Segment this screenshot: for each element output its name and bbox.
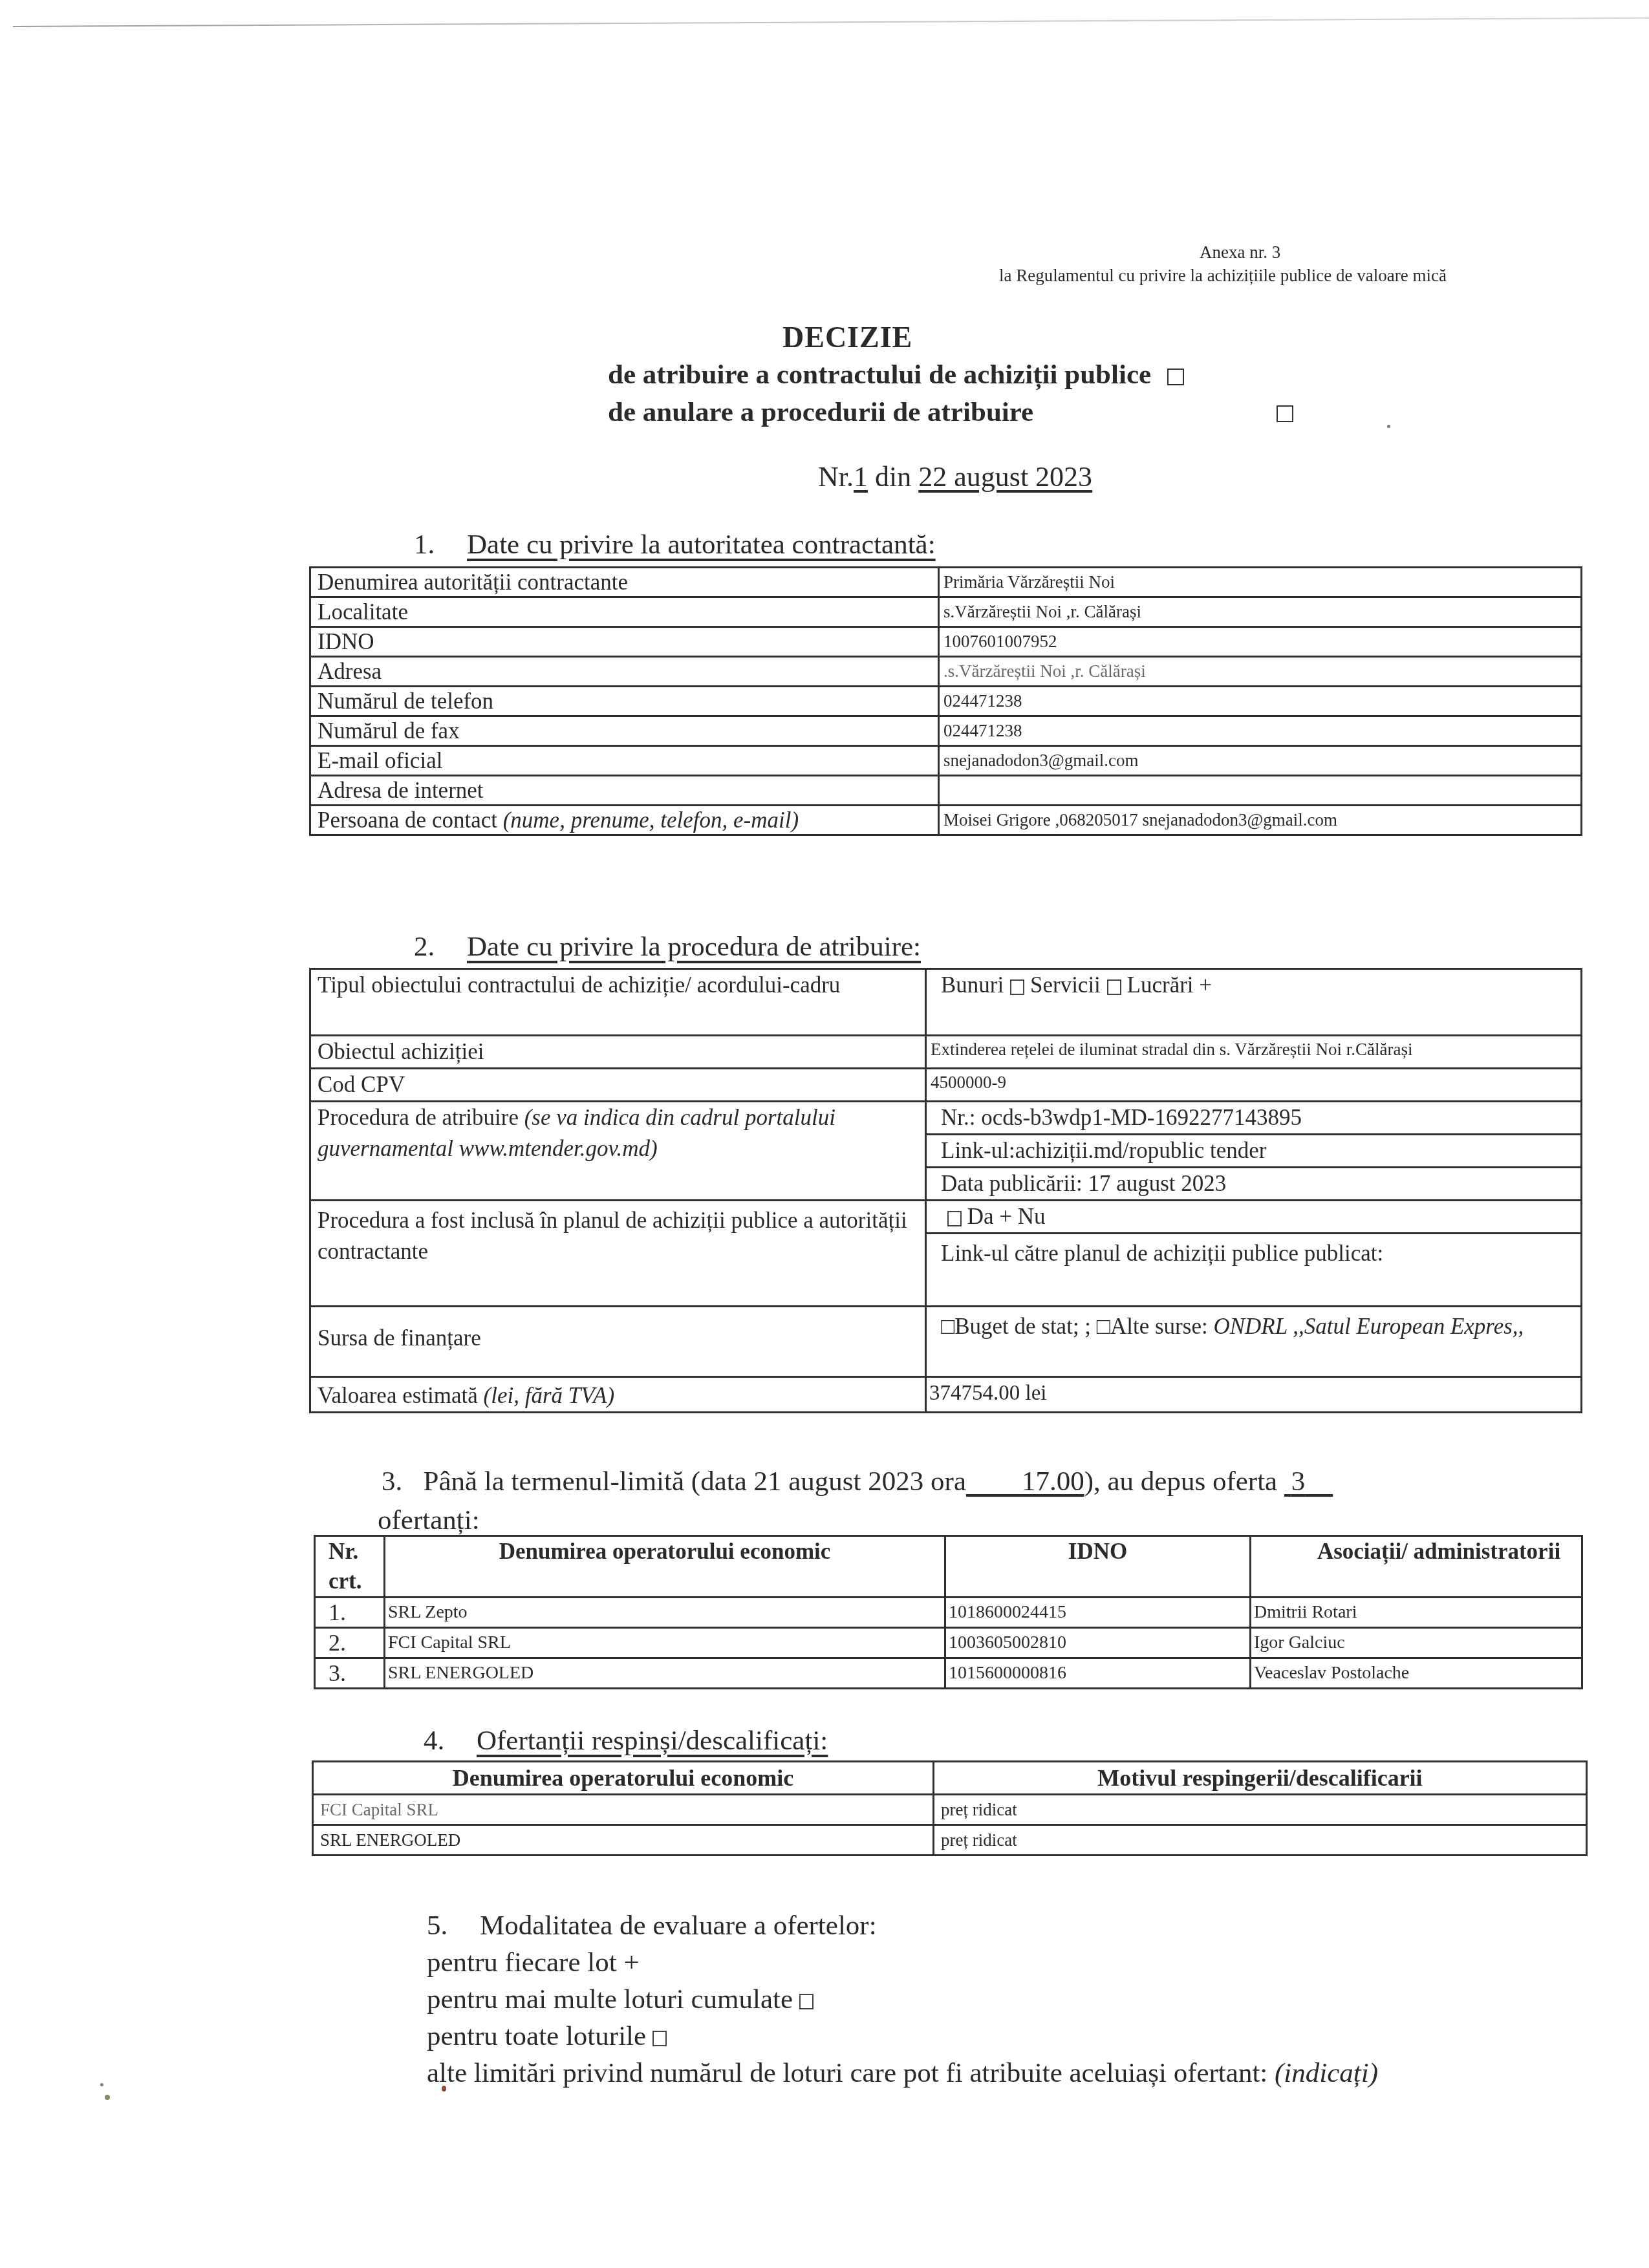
section1-heading: 1.Date cu privire la autoritatea contrac… bbox=[414, 529, 936, 561]
table-row: Obiectul achiziției Extinderea rețelei d… bbox=[310, 1036, 1582, 1069]
table-row: Valoarea estimată (lei, fără TVA) 374754… bbox=[310, 1377, 1582, 1413]
evaluation-option: pentru mai multe loturi cumulate bbox=[427, 1981, 1591, 2018]
bidder-name: FCI Capital SRL bbox=[385, 1628, 945, 1658]
row-value: snejanadodon3@gmail.com bbox=[939, 746, 1582, 776]
deadline-time: 17.00 bbox=[966, 1466, 1084, 1497]
procedure-nr: Nr.: ocds-b3wdp1-MD-1692277143895 bbox=[926, 1102, 1582, 1135]
decision-date: 22 august 2023 bbox=[918, 461, 1092, 493]
col-admin: Asociații/ administratorii bbox=[1251, 1536, 1582, 1598]
row-label: IDNO bbox=[310, 627, 939, 657]
bidder-idno: 1018600024415 bbox=[945, 1598, 1251, 1628]
table-row: Localitates.Vărzăreștii Noi ,r. Călărași bbox=[310, 597, 1582, 627]
row-label: Numărul de telefon bbox=[310, 687, 939, 716]
row-value bbox=[939, 776, 1582, 806]
plan-options: Da + Nu bbox=[926, 1201, 1582, 1234]
section3-text-end: ofertanți: bbox=[378, 1501, 1584, 1540]
checkbox-empty-icon[interactable] bbox=[947, 1211, 962, 1226]
funding-label: Sursa de finanțare bbox=[310, 1307, 926, 1377]
object-type-option: Lucrări + bbox=[1127, 972, 1212, 998]
table-row: 1.SRL Zepto1018600024415Dmitrii Rotari bbox=[315, 1598, 1582, 1628]
col-idno: IDNO bbox=[945, 1536, 1251, 1598]
object-value: Extinderea rețelei de iluminat stradal d… bbox=[926, 1036, 1582, 1069]
section1-number: 1. bbox=[414, 529, 467, 561]
row-label-text: Numărul de telefon bbox=[318, 689, 493, 714]
option-label: pentru fiecare lot bbox=[427, 1947, 617, 1978]
option-label: Servicii bbox=[1030, 972, 1101, 998]
rejected-name: SRL ENERGOLED bbox=[313, 1825, 934, 1856]
title-option-award-label: de atribuire a contractului de achiziții… bbox=[608, 359, 1151, 390]
table-row: Adresa.s.Vărzăreștii Noi ,r. Călărași bbox=[310, 657, 1582, 687]
checkbox-empty-icon[interactable] bbox=[1107, 979, 1121, 995]
estimated-value-label-text: Valoarea estimată bbox=[318, 1383, 478, 1408]
section3-text: Până la termenul-limită (data bbox=[424, 1466, 754, 1497]
bidder-admin: Igor Galciuc bbox=[1251, 1628, 1582, 1658]
bidder-nr: 2. bbox=[315, 1628, 385, 1658]
bidder-nr: 3. bbox=[315, 1658, 385, 1689]
plan-option: Da bbox=[941, 1204, 994, 1229]
table-row: Tipul obiectului contractului de achiziț… bbox=[310, 969, 1582, 1036]
estimated-value-label-note: (lei, fără TVA) bbox=[484, 1383, 615, 1408]
bidder-admin: Dmitrii Rotari bbox=[1251, 1598, 1582, 1628]
funding-value: □Buget de stat; ; □Alte surse: ONDRL ,,S… bbox=[926, 1307, 1582, 1377]
section5-heading: 5.Modalitatea de evaluare a ofertelor: bbox=[427, 1907, 1591, 1944]
scan-speck bbox=[442, 2086, 446, 2091]
option-label: Lucrări bbox=[1127, 972, 1194, 998]
bidder-name: SRL Zepto bbox=[385, 1598, 945, 1628]
option-label: pentru toate loturile bbox=[427, 2021, 646, 2051]
other-limits: alte limitări privind numărul de loturi … bbox=[427, 2055, 1591, 2091]
section5-title: Modalitatea de evaluare a ofertelor: bbox=[480, 1910, 877, 1941]
row-label-text: Adresa bbox=[318, 659, 382, 684]
scan-speck bbox=[105, 2095, 110, 2100]
row-value: Moisei Grigore ,068205017 snejanadodon3@… bbox=[939, 806, 1582, 835]
checkbox-empty-icon[interactable] bbox=[1010, 979, 1024, 995]
table-row: 2.FCI Capital SRL1003605002810Igor Galci… bbox=[315, 1628, 1582, 1658]
title-option-award: de atribuire a contractului de achiziții… bbox=[608, 359, 1184, 390]
plan-label: Procedura a fost inclusă în planul de ac… bbox=[310, 1201, 926, 1307]
table-row: Denumirea autorității contractantePrimăr… bbox=[310, 568, 1582, 597]
table-row: FCI Capital SRLpreț ridicat bbox=[313, 1795, 1587, 1825]
title-option-cancel: de anulare a procedurii de atribuire bbox=[608, 396, 1033, 428]
procedure-published: Data publicării: 17 august 2023 bbox=[926, 1168, 1582, 1201]
bidders-table: Nr. crt. Denumirea operatorului economic… bbox=[314, 1535, 1583, 1689]
cancel-checkbox[interactable] bbox=[1277, 405, 1293, 422]
table-header-row: Nr. crt. Denumirea operatorului economic… bbox=[315, 1536, 1582, 1598]
table-row: E-mail oficialsnejanadodon3@gmail.com bbox=[310, 746, 1582, 776]
col-nr: Nr. crt. bbox=[315, 1536, 385, 1598]
table-row: Numărul de telefon024471238 bbox=[310, 687, 1582, 716]
checkbox-empty-icon[interactable] bbox=[799, 1994, 814, 2009]
row-label: Adresa de internet bbox=[310, 776, 939, 806]
deadline-date: 21 august 2023 bbox=[754, 1466, 924, 1497]
col-rejected-reason: Motivul respingerii/descalificarii bbox=[934, 1762, 1587, 1795]
section4-heading: 4.Ofertanții respinși/descalificați: bbox=[424, 1725, 828, 1757]
procedure-table: Tipul obiectului contractului de achiziț… bbox=[309, 968, 1582, 1413]
row-value: Primăria Vărzăreștii Noi bbox=[939, 568, 1582, 597]
section5-number: 5. bbox=[427, 1907, 480, 1944]
section2-title: Date cu privire la procedura de atribuir… bbox=[467, 932, 921, 962]
row-label: Numărul de fax bbox=[310, 716, 939, 746]
col-name: Denumirea operatorului economic bbox=[385, 1536, 945, 1598]
row-label-text: Localitate bbox=[318, 599, 408, 625]
other-limits-note: (indicați) bbox=[1275, 2058, 1378, 2088]
section3-text-after: ), au depus oferta bbox=[1084, 1466, 1284, 1497]
evaluation-option: pentru toate loturile bbox=[427, 2018, 1591, 2055]
annex-regulation: la Regulamentul cu privire la achizițiil… bbox=[999, 266, 1447, 285]
col-rejected-name: Denumirea operatorului economic bbox=[313, 1762, 934, 1795]
section3-number: 3. bbox=[382, 1466, 402, 1497]
checkbox-empty-icon[interactable] bbox=[652, 2031, 667, 2046]
cpv-label: Cod CPV bbox=[310, 1069, 926, 1102]
row-label: E-mail oficial bbox=[310, 746, 939, 776]
row-value: 1007601007952 bbox=[939, 627, 1582, 657]
option-label: Nu bbox=[1018, 1204, 1046, 1229]
row-label-text: IDNO bbox=[318, 629, 374, 654]
row-label: Denumirea autorității contractante bbox=[310, 568, 939, 597]
table-row: IDNO1007601007952 bbox=[310, 627, 1582, 657]
table-row: Numărul de fax024471238 bbox=[310, 716, 1582, 746]
row-value: 024471238 bbox=[939, 687, 1582, 716]
estimated-value: 374754.00 lei bbox=[926, 1377, 1582, 1413]
bidder-idno: 1003605002810 bbox=[945, 1628, 1251, 1658]
object-type-label: Tipul obiectului contractului de achiziț… bbox=[310, 969, 926, 1036]
evaluation-section: 5.Modalitatea de evaluare a ofertelor: p… bbox=[427, 1907, 1591, 2091]
rejected-name: FCI Capital SRL bbox=[313, 1795, 934, 1825]
row-label-text: Numărul de fax bbox=[318, 718, 460, 744]
rejected-reason: preț ridicat bbox=[934, 1795, 1587, 1825]
bidder-idno: 1015600000816 bbox=[945, 1658, 1251, 1689]
scan-speck bbox=[100, 2083, 103, 2086]
bidder-name: SRL ENERGOLED bbox=[385, 1658, 945, 1689]
section4-title: Ofertanții respinși/descalificați: bbox=[477, 1726, 828, 1756]
section2-number: 2. bbox=[414, 931, 467, 963]
table-header-row: Denumirea operatorului economic Motivul … bbox=[313, 1762, 1587, 1795]
scan-edge-line bbox=[13, 17, 1649, 27]
contracting-authority-table: Denumirea autorității contractantePrimăr… bbox=[309, 566, 1582, 836]
procedure-label: Procedura de atribuire (se va indica din… bbox=[310, 1102, 926, 1201]
table-row: Procedura a fost inclusă în planul de ac… bbox=[310, 1201, 1582, 1234]
section3-paragraph: 3. Până la termenul-limită (data 21 augu… bbox=[382, 1462, 1584, 1540]
object-label: Obiectul achiziției bbox=[310, 1036, 926, 1069]
scan-speck bbox=[1387, 425, 1390, 428]
section2-heading: 2.Date cu privire la procedura de atribu… bbox=[414, 931, 921, 963]
table-row: Sursa de finanțare □Buget de stat; ; □Al… bbox=[310, 1307, 1582, 1377]
bidder-nr: 1. bbox=[315, 1598, 385, 1628]
object-type-option: Bunuri bbox=[941, 972, 1024, 998]
decision-nr-label: Nr. bbox=[818, 461, 854, 493]
procedure-link[interactable]: Link-ul:achiziții.md/ropublic tender bbox=[926, 1135, 1582, 1168]
funding-value-italic: ONDRL ,,Satul European Expres,, bbox=[1213, 1314, 1524, 1339]
table-row: SRL ENERGOLEDpreț ridicat bbox=[313, 1825, 1587, 1856]
annex-reference: Anexa nr. 3 la Regulamentul cu privire l… bbox=[999, 241, 1542, 287]
row-label-text: Adresa de internet bbox=[318, 778, 484, 803]
table-row: Adresa de internet bbox=[310, 776, 1582, 806]
object-type-option: Servicii bbox=[1030, 972, 1121, 998]
plus-mark-icon[interactable]: + bbox=[1194, 972, 1212, 998]
decision-number: Nr.1 din 22 august 2023 bbox=[818, 460, 1092, 493]
rejected-reason: preț ridicat bbox=[934, 1825, 1587, 1856]
procedure-label-text: Procedura de atribuire bbox=[318, 1105, 519, 1130]
funding-value-plain: □Buget de stat; ; □Alte surse: bbox=[941, 1314, 1213, 1339]
cpv-value: 4500000-9 bbox=[926, 1069, 1582, 1102]
evaluation-option: pentru fiecare lot + bbox=[427, 1944, 1591, 1981]
row-label: Localitate bbox=[310, 597, 939, 627]
estimated-value-label: Valoarea estimată (lei, fără TVA) bbox=[310, 1377, 926, 1413]
annex-number: Anexa nr. 3 bbox=[999, 241, 1542, 264]
section4-number: 4. bbox=[424, 1725, 477, 1757]
row-label-note: (nume, prenume, telefon, e-mail) bbox=[503, 808, 799, 833]
row-label-text: Persoana de contact bbox=[318, 808, 497, 833]
decision-din-label: din bbox=[875, 461, 911, 493]
row-label: Adresa bbox=[310, 657, 939, 687]
option-label: pentru mai multe loturi cumulate bbox=[427, 1984, 793, 2015]
object-type-options: Bunuri Servicii Lucrări + bbox=[926, 969, 1582, 1036]
table-row: 3.SRL ENERGOLED1015600000816Veaceslav Po… bbox=[315, 1658, 1582, 1689]
row-value: .s.Vărzăreștii Noi ,r. Călărași bbox=[939, 657, 1582, 687]
section1-title: Date cu privire la autoritatea contracta… bbox=[467, 530, 936, 560]
plan-option: + Nu bbox=[994, 1204, 1046, 1229]
evaluation-options: pentru fiecare lot +pentru mai multe lot… bbox=[427, 1944, 1591, 2055]
bidder-admin: Veaceslav Postolache bbox=[1251, 1658, 1582, 1689]
row-label-text: Denumirea autorității contractante bbox=[318, 570, 628, 595]
title-option-cancel-label: de anulare a procedurii de atribuire bbox=[608, 397, 1033, 427]
title-main: DECIZIE bbox=[782, 320, 912, 354]
rejected-bidders-table: Denumirea operatorului economic Motivul … bbox=[312, 1760, 1588, 1856]
award-checkbox[interactable] bbox=[1167, 369, 1184, 385]
table-row: Procedura de atribuire (se va indica din… bbox=[310, 1102, 1582, 1135]
table-row: Cod CPV 4500000-9 bbox=[310, 1069, 1582, 1102]
row-value: 024471238 bbox=[939, 716, 1582, 746]
option-label: Da bbox=[967, 1204, 994, 1229]
option-label: Bunuri bbox=[941, 972, 1004, 998]
other-limits-text: alte limitări privind numărul de loturi … bbox=[427, 2058, 1267, 2088]
row-value: s.Vărzăreștii Noi ,r. Călărași bbox=[939, 597, 1582, 627]
row-label: Persoana de contact (nume, prenume, tele… bbox=[310, 806, 939, 835]
offer-count: 3 bbox=[1284, 1466, 1333, 1497]
plan-link-label: Link-ul către planul de achiziții public… bbox=[926, 1234, 1582, 1307]
section3-ora: ora bbox=[923, 1466, 966, 1497]
offer-count-value: 3 bbox=[1291, 1466, 1306, 1497]
deadline-time-value: 17.00 bbox=[1022, 1466, 1084, 1497]
decision-nr-value: 1 bbox=[854, 461, 868, 493]
table-row: Persoana de contact (nume, prenume, tele… bbox=[310, 806, 1582, 835]
plus-mark-icon[interactable]: + bbox=[617, 1947, 640, 1978]
row-label-text: E-mail oficial bbox=[318, 748, 442, 773]
